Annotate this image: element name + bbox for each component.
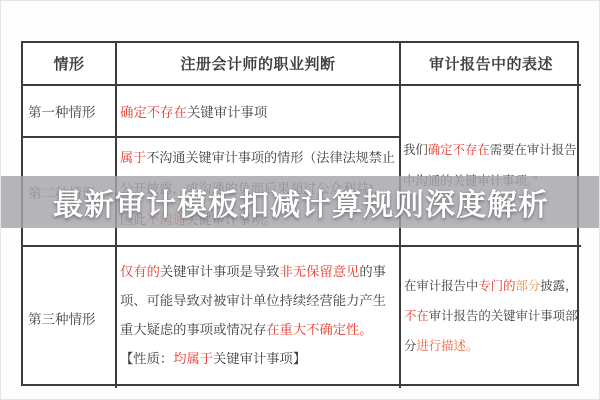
row1-judgment: 确定不存在关键审计事项 [117,86,401,138]
row1-label: 第一种情形 [23,86,117,138]
row3-label: 第三种情形 [23,247,117,388]
screenshot-root: 情形 注册会计师的职业判断 审计报告中的表述 第一种情形 确定不存在关键审计事项… [0,0,600,400]
row3-expression: 在审计报告中专门的部分披露，不在审计报告的关键审计事项部分进行描述。 [401,247,581,388]
header-situation: 情形 [23,43,117,86]
watermark-title: 最新审计模板扣减计算规则深度解析 [53,180,549,224]
header-report-expression: 审计报告中的表述 [401,43,581,86]
watermark-banner: 最新审计模板扣减计算规则深度解析 [1,176,600,228]
row3-judgment: 仅有的关键审计事项是导致非无保留意见的事项、可能导致对被审计单位持续经营能力产生… [117,247,401,388]
header-cpa-judgment: 注册会计师的职业判断 [117,43,401,86]
